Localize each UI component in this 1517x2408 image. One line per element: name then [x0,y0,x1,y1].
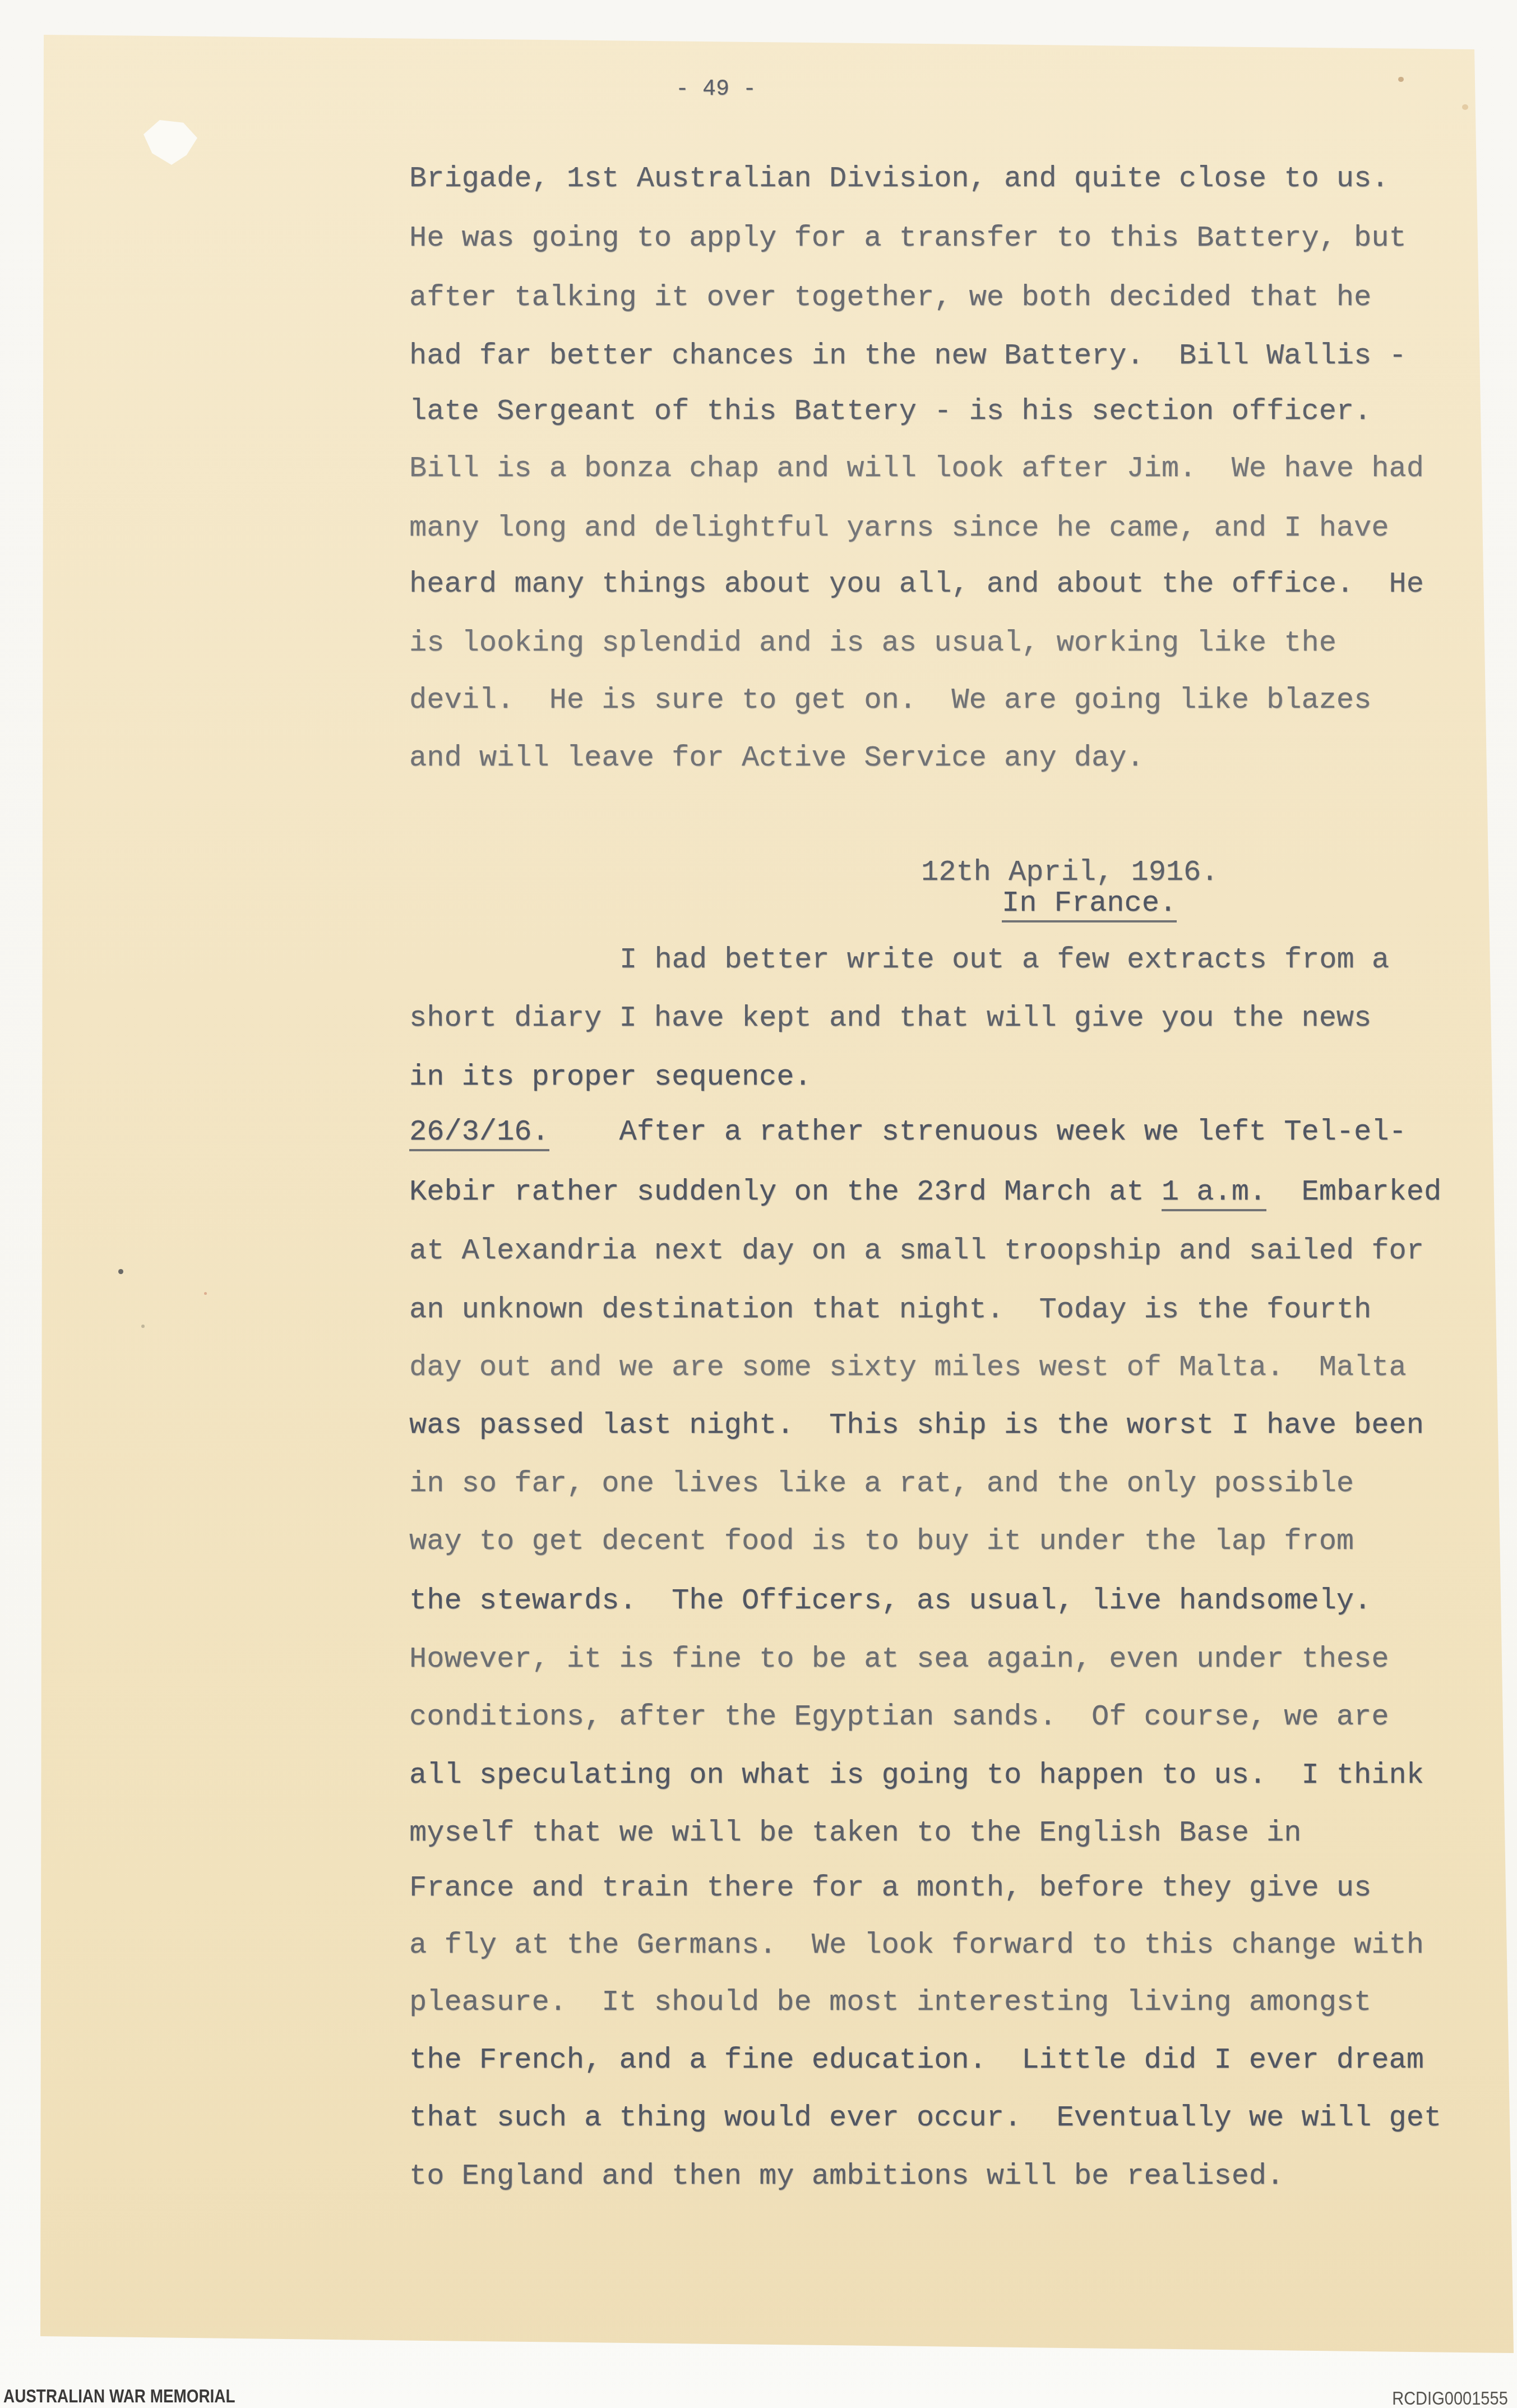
heading-location-line: In France. [1002,887,1177,920]
typed-line: late Sergeant of this Battery - is his s… [409,395,1371,428]
typed-line: day out and we are some sixty miles west… [409,1351,1407,1385]
typed-line: conditions, after the Egyptian sands. Of… [409,1700,1389,1734]
typed-line: He was going to apply for a transfer to … [409,222,1407,255]
typed-line: all speculating on what is going to happ… [409,1759,1424,1792]
typed-line: and will leave for Active Service any da… [409,741,1144,775]
typed-text-layer: - 49 -Brigade, 1st Australian Division, … [0,0,1517,2408]
typed-line: that such a thing would ever occur. Even… [409,2101,1441,2135]
typed-line: However, it is fine to be at sea again, … [409,1643,1389,1676]
typed-line: the French, and a fine education. Little… [409,2043,1424,2077]
page-number: - 49 - [676,77,756,103]
typed-line: myself that we will be taken to the Engl… [409,1816,1301,1850]
typed-line: after talking it over together, we both … [409,281,1371,315]
typed-line: in so far, one lives like a rat, and the… [409,1467,1354,1501]
typed-line: Kebir rather suddenly on the 23rd March … [409,1175,1441,1209]
archive-watermark: AUSTRALIAN WAR MEMORIAL [3,2386,235,2407]
typed-line: I had better write out a few extracts fr… [619,943,1389,977]
typed-line: was passed last night. This ship is the … [409,1409,1424,1442]
typed-line: to England and then my ambitions will be… [409,2160,1284,2193]
reference-id-label: RCDIG0001555 [1392,2388,1508,2408]
typed-line: is looking splendid and is as usual, wor… [409,626,1336,660]
typed-line: at Alexandria next day on a small troops… [409,1234,1424,1268]
typed-line: the stewards. The Officers, as usual, li… [409,1584,1371,1618]
diary-entry-date-line: 26/3/16. After a rather strenuous week w… [409,1115,1407,1149]
typed-line: France and train there for a month, befo… [409,1871,1371,1905]
typed-line: in its proper sequence. [409,1060,812,1094]
typed-line: many long and delightful yarns since he … [409,511,1389,545]
typed-line: devil. He is sure to get on. We are goin… [409,684,1371,717]
typed-line: Brigade, 1st Australian Division, and qu… [409,162,1389,196]
typed-line: a fly at the Germans. We look forward to… [409,1929,1424,1962]
typed-line: heard many things about you all, and abo… [409,568,1424,601]
typed-line: had far better chances in the new Batter… [409,339,1407,373]
typed-line: way to get decent food is to buy it unde… [409,1525,1354,1558]
heading-date-line: 12th April, 1916. [921,856,1219,889]
typed-line: an unknown destination that night. Today… [409,1293,1371,1327]
scanned-document-page: - 49 -Brigade, 1st Australian Division, … [0,0,1517,2408]
typed-line: short diary I have kept and that will gi… [409,1002,1371,1035]
typed-line: pleasure. It should be most interesting … [409,1986,1371,2019]
typed-line: Bill is a bonza chap and will look after… [409,452,1424,486]
